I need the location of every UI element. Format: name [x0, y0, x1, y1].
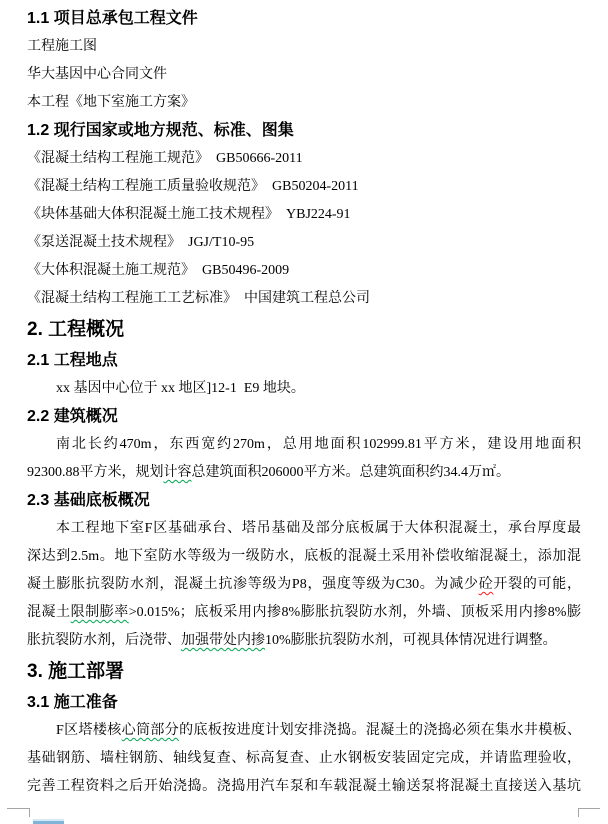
doc-line-standard-cscec: 《混凝土结构工程施工工艺标准》 中国建筑工程总公司	[27, 285, 581, 313]
heading-2-2-building-overview: 2.2 建筑概况	[27, 403, 581, 431]
doc-text-segment: 开裂的可能，	[493, 577, 581, 592]
doc-line-contract-files: 华大基因中心合同文件	[27, 61, 581, 89]
heading-2-3-slab-overview: 2.3 基础底板概况	[27, 487, 581, 515]
doc-line-slab-1: 本工程地下室F区基础承台、塔吊基础及部分底板属于大体积混凝土，承台厚度最	[27, 515, 581, 543]
selection-highlight	[33, 819, 64, 824]
spellcheck-green-underline: 加强带处内掺	[181, 633, 265, 648]
doc-line-prep-1: F区塔楼核心筒部分的底板按进度计划安排浇捣。混凝土的浇捣必须在集水井模板、	[27, 717, 581, 745]
spellcheck-green-underline: 计容	[164, 465, 192, 480]
doc-text-segment: 10%膨胀抗裂防水剂，可视具体情况进行调整。	[265, 633, 557, 648]
spellcheck-red-underline: 砼	[479, 577, 494, 592]
heading-3-1-preparation: 3.1 施工准备	[27, 689, 581, 717]
spellcheck-green-underline: 心筒部分	[122, 723, 179, 738]
doc-line-slab-3: 凝土膨胀抗裂防水剂，混凝土抗渗等级为P8，强度等级为C30。为减少砼开裂的可能，	[27, 571, 581, 599]
doc-line-building-2: 92300.88平方米，规划计容总建筑面积206000平方米。总建筑面积约34.…	[27, 459, 581, 487]
heading-1-2-standards: 1.2 现行国家或地方规范、标准、图集	[27, 117, 581, 145]
doc-text-segment: 胀抗裂防水剂，后浇带、	[27, 633, 181, 648]
heading-2-project-overview: 2. 工程概况	[27, 313, 581, 347]
document-page: 1.1 项目总承包工程文件 工程施工图 华大基因中心合同文件 本工程《地下室施工…	[0, 0, 608, 824]
doc-line-building-1: 南北长约470m，东西宽约270m，总用地面积102999.81平方米，建设用地…	[27, 431, 581, 459]
doc-line-standard-jgjt10: 《泵送混凝土技术规程》 JGJ/T10-95	[27, 229, 581, 257]
doc-text-segment: 总建筑面积206000平方米。总建筑面积约34.4万㎡。	[192, 465, 511, 480]
text-boundary-mark-right-vertical	[578, 808, 579, 817]
doc-text-segment: >0.015%；底板采用内掺8%膨胀抗裂防水剂，外墙、顶板采用内掺8%膨	[129, 605, 581, 620]
doc-text-segment: 92300.88平方米，规划	[27, 465, 164, 480]
doc-text-segment: 混凝土	[27, 605, 71, 620]
doc-line-standard-gb50204: 《混凝土结构工程施工质量验收规范》 GB50204-2011	[27, 173, 581, 201]
doc-line-standard-gb50666: 《混凝土结构工程施工规范》 GB50666-2011	[27, 145, 581, 173]
doc-line-prep-2: 基础钢筋、墙柱钢筋、轴线复查、标高复查、止水钢板安装固定完成，并请监理验收，	[27, 745, 581, 773]
doc-line-slab-5: 胀抗裂防水剂，后浇带、加强带处内掺10%膨胀抗裂防水剂，可视具体情况进行调整。	[27, 627, 581, 655]
doc-text-segment: F区塔楼核	[56, 723, 122, 738]
heading-2-1-location: 2.1 工程地点	[27, 347, 581, 375]
doc-text-segment: 的底板按进度计划安排浇捣。混凝土的浇捣必须在集水井模板、	[179, 723, 581, 738]
doc-line-prep-3: 完善工程资料之后开始浇捣。浇捣用汽车泵和车载混凝土输送泵将混凝土直接送入基坑	[27, 773, 581, 801]
doc-line-slab-2: 深达到2.5m。地下室防水等级为一级防水，底板的混凝土采用补偿收缩混凝土，添加混	[27, 543, 581, 571]
doc-line-location: xx 基因中心位于 xx 地区]12-1 E9 地块。	[27, 375, 581, 403]
doc-line-construction-drawings: 工程施工图	[27, 33, 581, 61]
text-boundary-mark-left-vertical	[29, 808, 30, 817]
doc-line-standard-gb50496: 《大体积混凝土施工规范》 GB50496-2009	[27, 257, 581, 285]
doc-line-slab-4: 混凝土限制膨率>0.015%；底板采用内掺8%膨胀抗裂防水剂，外墙、顶板采用内掺…	[27, 599, 581, 627]
text-boundary-mark-right	[578, 808, 600, 809]
spellcheck-green-underline: 限制膨率	[71, 605, 129, 620]
heading-1-1-contract-docs: 1.1 项目总承包工程文件	[27, 5, 581, 33]
doc-line-basement-plan: 本工程《地下室施工方案》	[27, 89, 581, 117]
doc-line-standard-ybj224: 《块体基础大体积混凝土施工技术规程》 YBJ224-91	[27, 201, 581, 229]
text-boundary-mark-left	[7, 808, 29, 809]
heading-3-construction-deployment: 3. 施工部署	[27, 655, 581, 689]
doc-text-segment: 凝土膨胀抗裂防水剂，混凝土抗渗等级为P8，强度等级为C30。为减少	[27, 577, 479, 592]
